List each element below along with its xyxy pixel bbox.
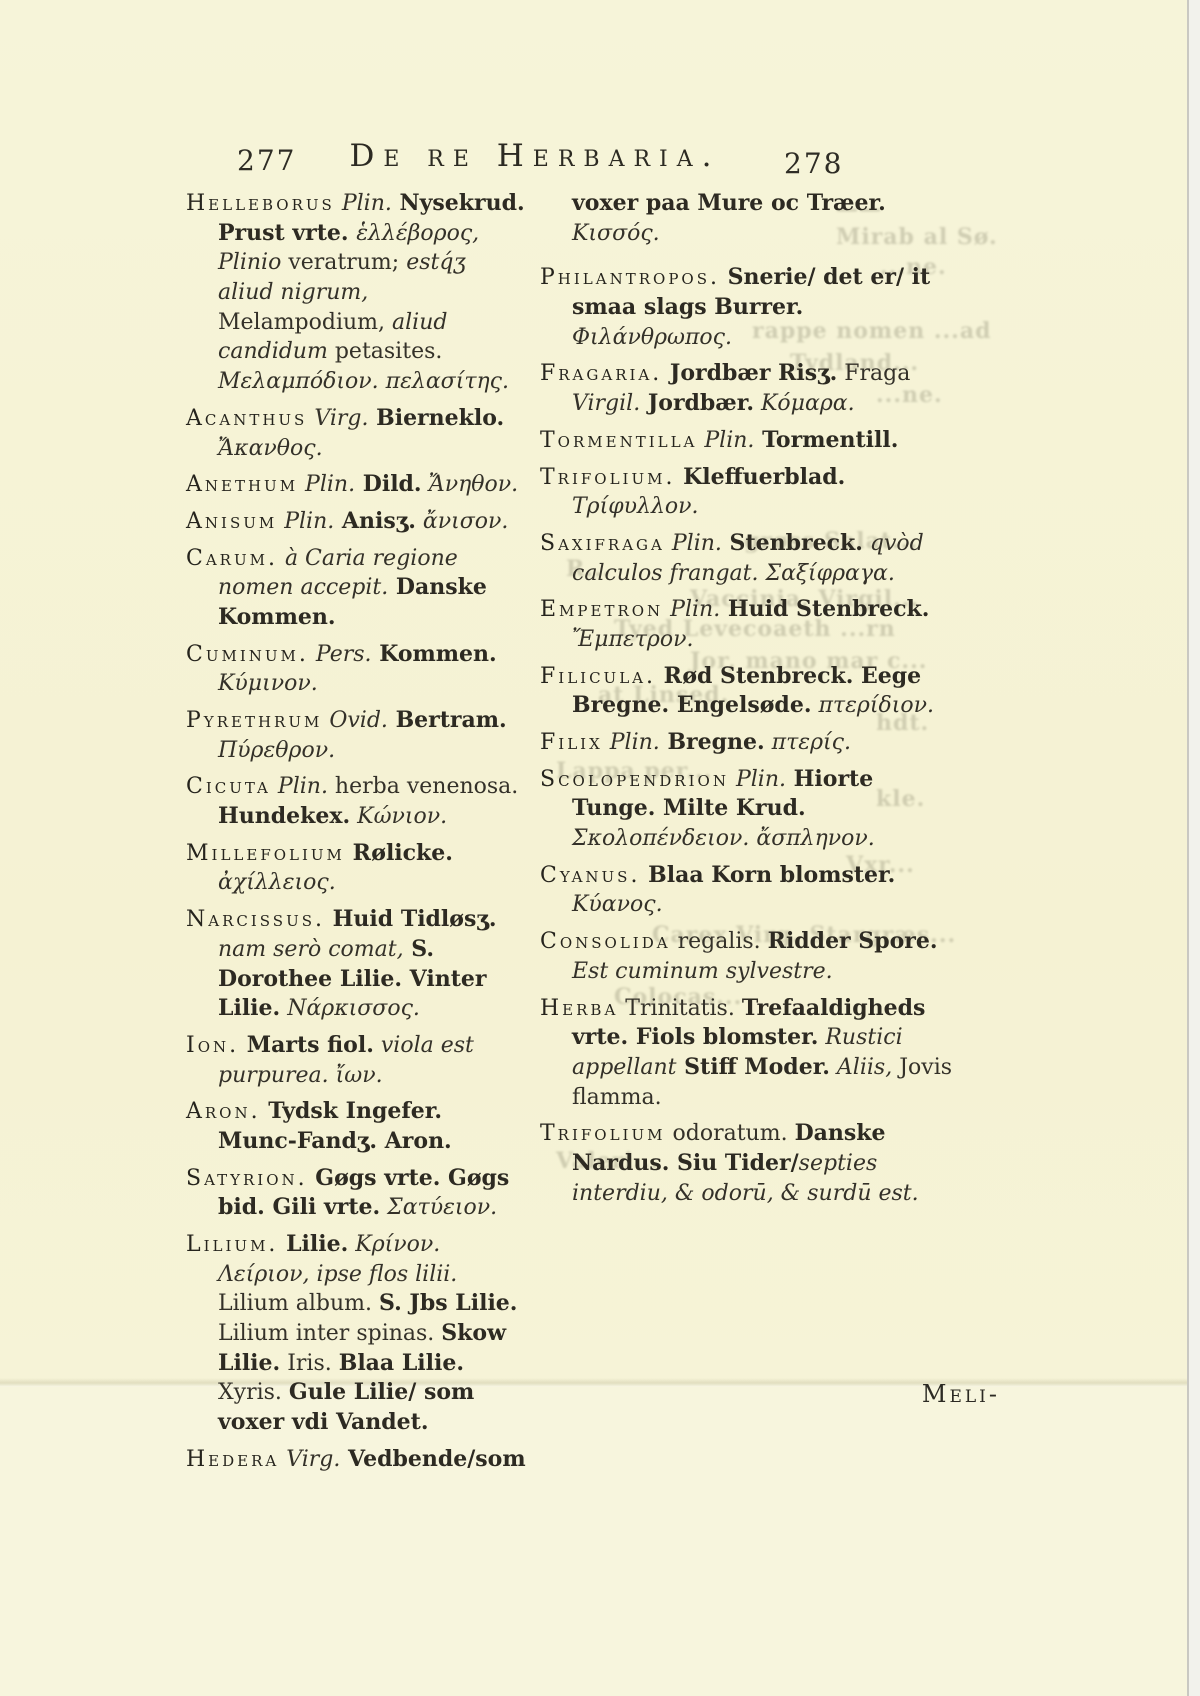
latin-roman-text: odoratum. (666, 1121, 795, 1146)
greek-text: πτερίδιον. (811, 693, 933, 718)
headword: Ion. (186, 1033, 239, 1058)
latin-italic-text: Est cuminum sylvestre. (572, 959, 833, 984)
danish-blackletter-text: Kommen. (372, 641, 497, 667)
headword: Narcissus. (186, 907, 325, 932)
scan-page-seam (0, 1378, 1200, 1387)
dictionary-entry: Lilium. Lilie. Κρίνον. Λείριον, ipse flo… (186, 1230, 526, 1438)
greek-text: Κώνιον. (350, 804, 447, 829)
latin-italic-text: Pers. (309, 642, 372, 667)
headword: Cyanus. (540, 863, 640, 888)
latin-roman-text: herba venenosa. (328, 774, 518, 799)
headword: Fragaria. (540, 361, 662, 386)
greek-text: Κόμαρα. (754, 391, 855, 416)
headword: Filicula. (540, 664, 656, 689)
danish-blackletter-text: Lilie. (278, 1231, 348, 1257)
dictionary-entry: Saxifraga Plin. Stenbreck. qvòd calculos… (540, 529, 958, 588)
headword: Anethum (186, 472, 298, 497)
danish-blackletter-text: Blaa Korn blomster. (640, 862, 895, 888)
danish-blackletter-text: Bierneklo. (368, 405, 504, 431)
danish-blackletter-text: Ridder Spore. (768, 928, 938, 954)
dictionary-entry: Filicula. Rød Stenbreck. Eege Bregne. En… (540, 662, 958, 721)
danish-blackletter-text: Rølicke. (345, 840, 453, 866)
greek-text: ἄνισον. (416, 509, 508, 534)
entry-continuation: voxer paa Mure oc Træer. Κισσός. (540, 189, 958, 248)
danish-blackletter-text: Hundekex. (218, 803, 350, 829)
page-number-left: 277 (237, 144, 296, 177)
headword: Tormentilla (540, 428, 697, 453)
headword: Hedera (186, 1447, 279, 1472)
latin-italic-text: Ovid. (322, 708, 388, 733)
dictionary-entry: Cyanus. Blaa Korn blomster. Κύανος. (540, 861, 958, 920)
headword: Empetron (540, 597, 663, 622)
greek-text: Ἄνηθον. (422, 472, 519, 497)
danish-blackletter-text: Stenbreck. (722, 530, 863, 556)
headword: Philantropos. (540, 265, 720, 290)
headword: Pyrethrum (186, 708, 322, 733)
latin-italic-text: Plin. (277, 509, 334, 534)
danish-blackletter-text: Bregne. (660, 729, 765, 755)
dictionary-entry: Trifolium odoratum. Danske Nardus. Siu T… (540, 1119, 958, 1208)
scan-edge-white (1189, 0, 1200, 1696)
dictionary-entry: Trifolium. Kleffuerblad. Τρίφυλλον. (540, 463, 958, 522)
danish-blackletter-text: S. Jbs Lilie. (379, 1290, 517, 1316)
latin-italic-text: Plin. (335, 191, 392, 216)
dictionary-entry: Hedera Virg. Vedbende/som (186, 1445, 526, 1475)
dictionary-entry: Herba Trinitatis. Trefaaldigheds vrte. F… (540, 994, 958, 1113)
greek-text: Κύμινον. (218, 671, 318, 696)
latin-roman-text: Xyris. (218, 1380, 289, 1405)
headword: Scolopendrion (540, 767, 729, 792)
greek-text: Σαξίφραγα. (759, 561, 895, 586)
greek-text: Σατύειον. (380, 1195, 497, 1220)
dictionary-entry: Fragaria. Jordbær Risʒ. Fraga Virgil. Jo… (540, 359, 958, 418)
latin-roman-text: Melampodium, (218, 310, 392, 335)
headword: Helleborus (186, 191, 335, 216)
greek-text: Φιλάνθρωπος. (572, 325, 732, 350)
headword: Anisum (186, 509, 277, 534)
catchword: Meli- (830, 1380, 1000, 1408)
latin-italic-text: Virgil. (572, 391, 640, 416)
danish-blackletter-text: Vedbende/som (340, 1446, 525, 1472)
headword: Acanthus (186, 406, 307, 431)
greek-text: ἀχίλλειος. (218, 870, 336, 895)
dictionary-entry: Narcissus. Huid Tidløsʒ. nam serò comat,… (186, 905, 526, 1024)
latin-italic-text: nam serò comat, (218, 937, 404, 962)
greek-text: Μελαμπόδιον. πελασίτης. (218, 369, 509, 394)
latin-roman-text: Iris. (280, 1351, 339, 1376)
danish-blackletter-text: Stiff Moder. (677, 1054, 830, 1080)
scanned-book-page: ——Mirab al Sø....ne.rappe nomen ...adTyd… (0, 0, 1200, 1696)
latin-roman-text: Trinitatis. (618, 996, 742, 1021)
headword: Lilium. (186, 1232, 278, 1257)
dictionary-entry: Cicuta Plin. herba venenosa. Hundekex. Κ… (186, 772, 526, 831)
dictionary-entry: Millefolium Rølicke. ἀχίλλειος. (186, 839, 526, 898)
latin-italic-text: Virg. (279, 1447, 340, 1472)
headword: Millefolium (186, 841, 345, 866)
latin-italic-text: Virg. (307, 406, 368, 431)
latin-italic-text: ipse flos lilii. (310, 1262, 458, 1287)
right-column: voxer paa Mure oc Træer. Κισσός.Philantr… (540, 189, 958, 1215)
dictionary-entry: Ion. Marts fiol. viola est purpurea. ἴων… (186, 1031, 526, 1090)
headword: Cicuta (186, 774, 271, 799)
latin-italic-text: Plin. (603, 730, 660, 755)
headword: Satyrion. (186, 1166, 308, 1191)
dictionary-entry: Empetron Plin. Huid Stenbreck. Ἔμπετρον. (540, 595, 958, 654)
left-column: Helleborus Plin. Nysekrud. Prust vrte. ἑ… (186, 189, 526, 1482)
greek-text: ἴων. (329, 1063, 383, 1088)
dictionary-entry: Scolopendrion Plin. Hiorte Tunge. Milte … (540, 765, 958, 854)
headword: Trifolium (540, 1121, 666, 1146)
greek-text: Κύανος. (572, 892, 663, 917)
danish-blackletter-text: Huid Tidløsʒ. (325, 906, 497, 932)
greek-text: Ἄκανθος. (218, 436, 323, 461)
danish-blackletter-text: voxer paa Mure oc Træer. (572, 190, 886, 216)
dictionary-entry: Consolida regalis. Ridder Spore. Est cum… (540, 927, 958, 986)
latin-italic-text: Aliis, (830, 1055, 892, 1080)
greek-text: Κισσός. (572, 221, 660, 246)
latin-roman-text: veratrum; (281, 250, 406, 275)
greek-text: ἑλλέβορος, (356, 221, 479, 246)
latin-roman-text: Lilium album. (218, 1291, 379, 1316)
danish-blackletter-text: Kleffuerblad. (675, 464, 845, 490)
latin-italic-text: Plin. (665, 531, 722, 556)
headword: Carum. (186, 546, 278, 571)
headword: Aron. (186, 1099, 261, 1124)
headword: Filix (540, 730, 603, 755)
latin-italic-text: Plin. (271, 774, 328, 799)
running-title: De re Herbaria. (330, 138, 740, 174)
scan-lower-sheet (0, 1387, 1200, 1696)
danish-blackletter-text: Bertram. (388, 707, 507, 733)
latin-roman-text: petasites. (328, 339, 443, 364)
greek-text: Πύρεθρον. (218, 738, 335, 763)
latin-italic-text: Plinio (218, 250, 281, 275)
latin-roman-text: Lilium inter spinas. (218, 1321, 441, 1346)
danish-blackletter-text: Marts fiol. (239, 1032, 374, 1058)
greek-text: Νάρκισσος. (280, 996, 420, 1021)
latin-roman-text: regalis. (671, 929, 768, 954)
dictionary-entry: Aron. Tydsk Ingefer. Munc-Fandʒ. Aron. (186, 1097, 526, 1156)
latin-italic-text: Plin. (298, 472, 355, 497)
page-number-right: 278 (784, 147, 843, 180)
dictionary-entry: Filix Plin. Bregne. πτερίς. (540, 728, 958, 758)
headword: Herba (540, 996, 618, 1021)
dictionary-entry: Cuminum. Pers. Kommen. Κύμινον. (186, 640, 526, 699)
dictionary-entry: Pyrethrum Ovid. Bertram. Πύρεθρον. (186, 706, 526, 765)
greek-text: Σκολοπένδειον. ἄσπληνον. (572, 826, 875, 851)
danish-blackletter-text: Jordbær. (640, 390, 754, 416)
danish-blackletter-text: Blaa Lilie. (339, 1350, 464, 1376)
dictionary-entry: Satyrion. Gøgs vrte. Gøgs bid. Gili vrte… (186, 1164, 526, 1223)
dictionary-entry: Philantropos. Snerie/ det er/ it smaa sl… (540, 263, 958, 352)
danish-blackletter-text: Dild. (355, 471, 422, 497)
headword: Trifolium. (540, 465, 675, 490)
greek-text: Ἔμπετρον. (572, 627, 693, 652)
headword: Cuminum. (186, 642, 309, 667)
dictionary-entry: Acanthus Virg. Bierneklo. Ἄκανθος. (186, 404, 526, 463)
danish-blackletter-text: Huid Stenbreck. (720, 596, 929, 622)
dictionary-entry: Helleborus Plin. Nysekrud. Prust vrte. ἑ… (186, 189, 526, 397)
latin-roman-text: Fraga (837, 361, 910, 386)
dictionary-entry: Anethum Plin. Dild. Ἄνηθον. (186, 470, 526, 500)
latin-italic-text: Plin. (663, 597, 720, 622)
danish-blackletter-text: Tormentill. (754, 427, 898, 453)
headword: Saxifraga (540, 531, 665, 556)
latin-italic-text: Plin. (697, 428, 754, 453)
dictionary-entry: Anisum Plin. Anisʒ. ἄνισον. (186, 507, 526, 537)
headword: Consolida (540, 929, 671, 954)
dictionary-entry: Carum. à Caria regione nomen accepit. Da… (186, 544, 526, 633)
greek-text: Τρίφυλλον. (572, 494, 699, 519)
greek-text: πτερίς. (765, 730, 851, 755)
danish-blackletter-text: Jordbær Risʒ. (662, 360, 837, 386)
dictionary-entry: Tormentilla Plin. Tormentill. (540, 426, 958, 456)
danish-blackletter-text: Anisʒ. (334, 508, 416, 534)
latin-italic-text: Plin. (729, 767, 786, 792)
